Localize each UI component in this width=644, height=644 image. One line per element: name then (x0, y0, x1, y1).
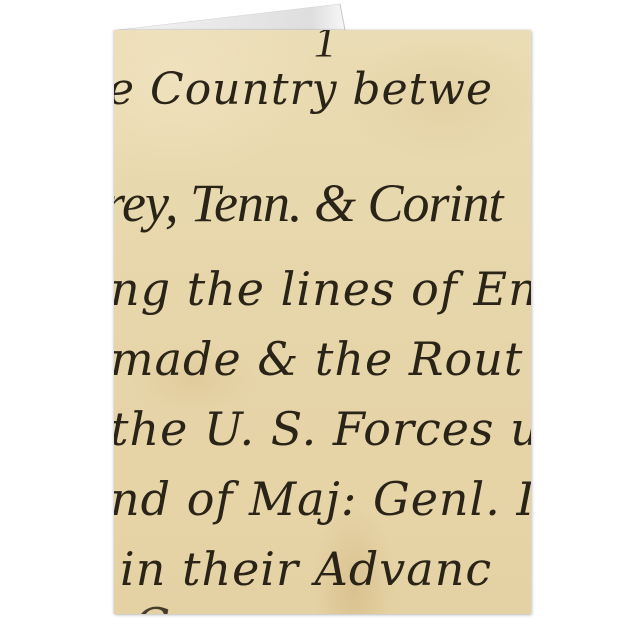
script-line-7: in their Advanc (120, 542, 492, 596)
script-line-3: ng the lines of En (114, 262, 531, 316)
script-line-1: e Country betwe (114, 64, 493, 115)
greeting-card-front: 1 e Country betwe rey, Tenn. & Corint ng… (114, 30, 531, 614)
script-line-8: C (134, 598, 170, 614)
script-line-2: rey, Tenn. & Corint (114, 172, 503, 234)
script-line-4: made & the Rout (114, 332, 523, 386)
script-line-5: the U. S. Forces un (114, 402, 531, 456)
script-line-6: nd of Maj: Genl. I (114, 472, 531, 526)
page-number: 1 (314, 30, 337, 67)
